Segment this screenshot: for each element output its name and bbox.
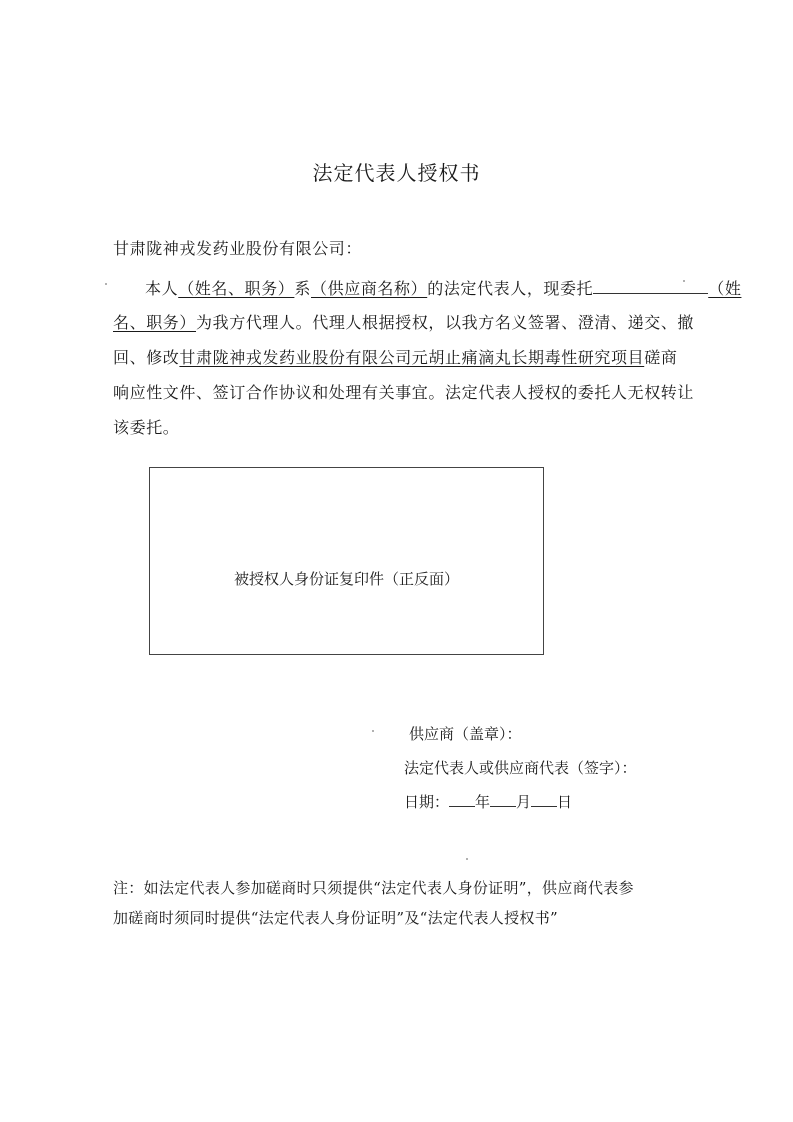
- supplier-name-field: （供应商名称）: [311, 279, 427, 298]
- text-suffix: 磋商: [644, 348, 677, 367]
- text-prefix: 回、修改: [113, 348, 179, 367]
- body-line-4: 响应性文件、签订合作协议和处理有关事宜。法定代表人授权的委托人无权转让: [113, 380, 694, 403]
- scan-speck: [372, 730, 374, 732]
- year-label: 年: [475, 793, 490, 811]
- month-blank: [490, 794, 516, 807]
- addressee: 甘肃陇神戎发药业股份有限公司：: [113, 236, 362, 259]
- representative-sign-label: 法定代表人或供应商代表（签字）：: [404, 757, 637, 778]
- id-copy-label: 被授权人身份证复印件（正反面）: [150, 568, 543, 589]
- month-label: 月: [516, 793, 531, 811]
- project-name: 甘肃陇神戎发药业股份有限公司元胡止痛滴丸长期毒性研究项目: [179, 348, 644, 367]
- text-prefix: 本人: [145, 279, 178, 298]
- day-blank: [531, 794, 557, 807]
- scan-speck: [466, 858, 468, 860]
- name-title-field: （姓名、职务）: [178, 279, 294, 298]
- note-line-1: 注：如法定代表人参加磋商时只须提供“法定代表人身份证明”，供应商代表参: [113, 877, 634, 898]
- body-line-3: 回、修改甘肃陇神戎发药业股份有限公司元胡止痛滴丸长期毒性研究项目磋商: [113, 345, 677, 368]
- scan-speck: [105, 283, 107, 285]
- date-line: 日期：年月日: [404, 791, 572, 812]
- scan-speck: [683, 280, 685, 282]
- text-mid: 系: [294, 279, 311, 298]
- body-line-1: 本人（姓名、职务）系（供应商名称）的法定代表人，现委托（姓: [145, 276, 741, 299]
- agent-name-blank: [593, 279, 708, 294]
- text-suffix: 的法定代表人，现委托: [427, 279, 593, 298]
- note-line-2: 加磋商时须同时提供“法定代表人身份证明”及“法定代表人授权书”: [113, 907, 558, 928]
- year-blank: [449, 794, 475, 807]
- supplier-seal-label: 供应商（盖章）：: [409, 723, 522, 744]
- body-line-2: 名、职务）为我方代理人。代理人根据授权，以我方名义签署、澄清、递交、撤: [113, 310, 694, 333]
- document-title: 法定代表人授权书: [0, 157, 793, 186]
- id-copy-box: 被授权人身份证复印件（正反面）: [149, 467, 544, 655]
- date-label: 日期：: [404, 793, 449, 811]
- agent-field-start: （姓: [708, 279, 741, 298]
- body-line-5: 该委托。: [113, 415, 179, 438]
- agent-field-end: 名、职务）: [113, 313, 196, 332]
- day-label: 日: [557, 793, 572, 811]
- text-rest: 为我方代理人。代理人根据授权，以我方名义签署、澄清、递交、撤: [196, 313, 694, 332]
